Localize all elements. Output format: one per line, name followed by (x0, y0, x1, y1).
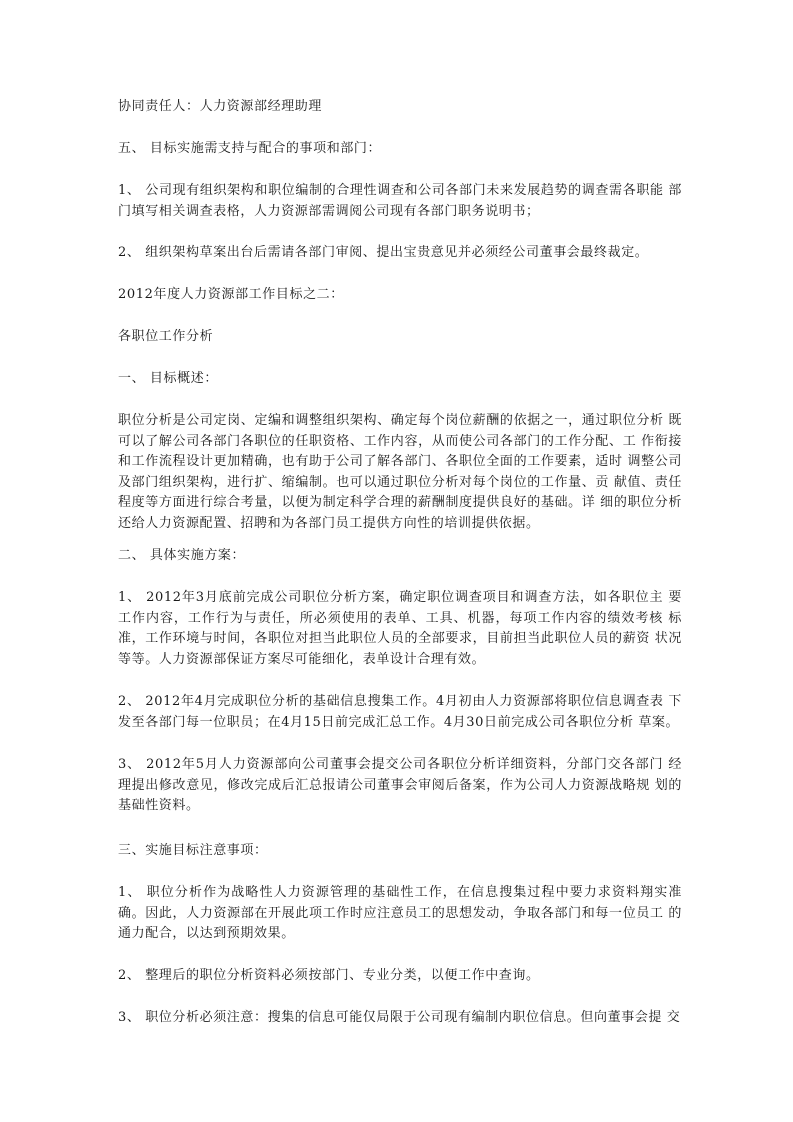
section-2-heading: 二、 具体实施方案： (118, 546, 682, 567)
section-1-heading: 一、 目标概述： (118, 369, 682, 390)
section-3-heading: 三、实施目标注意事项： (118, 841, 682, 862)
note-item-3: 3、 职位分析必须注意：搜集的信息可能仅局限于公司现有编制内职位信息。但向董事会… (118, 1008, 682, 1029)
note-item-1: 1、 职位分析作为战略性人力资源管理的基础性工作，在信息搜集过程中要力求资料翔实… (118, 883, 682, 945)
goal-2-title: 2012年度人力资源部工作目标之二： (118, 285, 682, 306)
plan-item-2: 2、 2012年4月完成职位分析的基础信息搜集工作。4月初由人力资源部将职位信息… (118, 692, 682, 733)
co-responsible-line: 协同责任人：人力资源部经理助理 (118, 97, 682, 118)
document-page: 协同责任人：人力资源部经理助理 五、 目标实施需支持与配合的事项和部门： 1、 … (0, 0, 793, 1122)
note-item-2: 2、 整理后的职位分析资料必须按部门、专业分类，以便工作中查询。 (118, 966, 682, 987)
section-5-item-1: 1、 公司现有组织架构和职位编制的合理性调查和公司各部门未来发展趋势的调查需各职… (118, 181, 682, 222)
section-5-item-2: 2、 组织架构草案出台后需请各部门审阅、提出宝贵意见并必须经公司董事会最终裁定。 (118, 243, 682, 264)
section-5-heading: 五、 目标实施需支持与配合的事项和部门： (118, 139, 682, 160)
plan-item-3: 3、 2012年5月人力资源部向公司董事会提交公司各职位分析详细资料，分部门交各… (118, 755, 682, 817)
goal-2-subtitle: 各职位工作分析 (118, 327, 682, 348)
plan-item-1: 1、 2012年3月底前完成公司职位分析方案，确定职位调查项目和调查方法，如各职… (118, 588, 682, 670)
overview-paragraph: 职位分析是公司定岗、定编和调整组织架构、确定每个岗位薪酬的依据之一，通过职位分析… (118, 411, 682, 534)
